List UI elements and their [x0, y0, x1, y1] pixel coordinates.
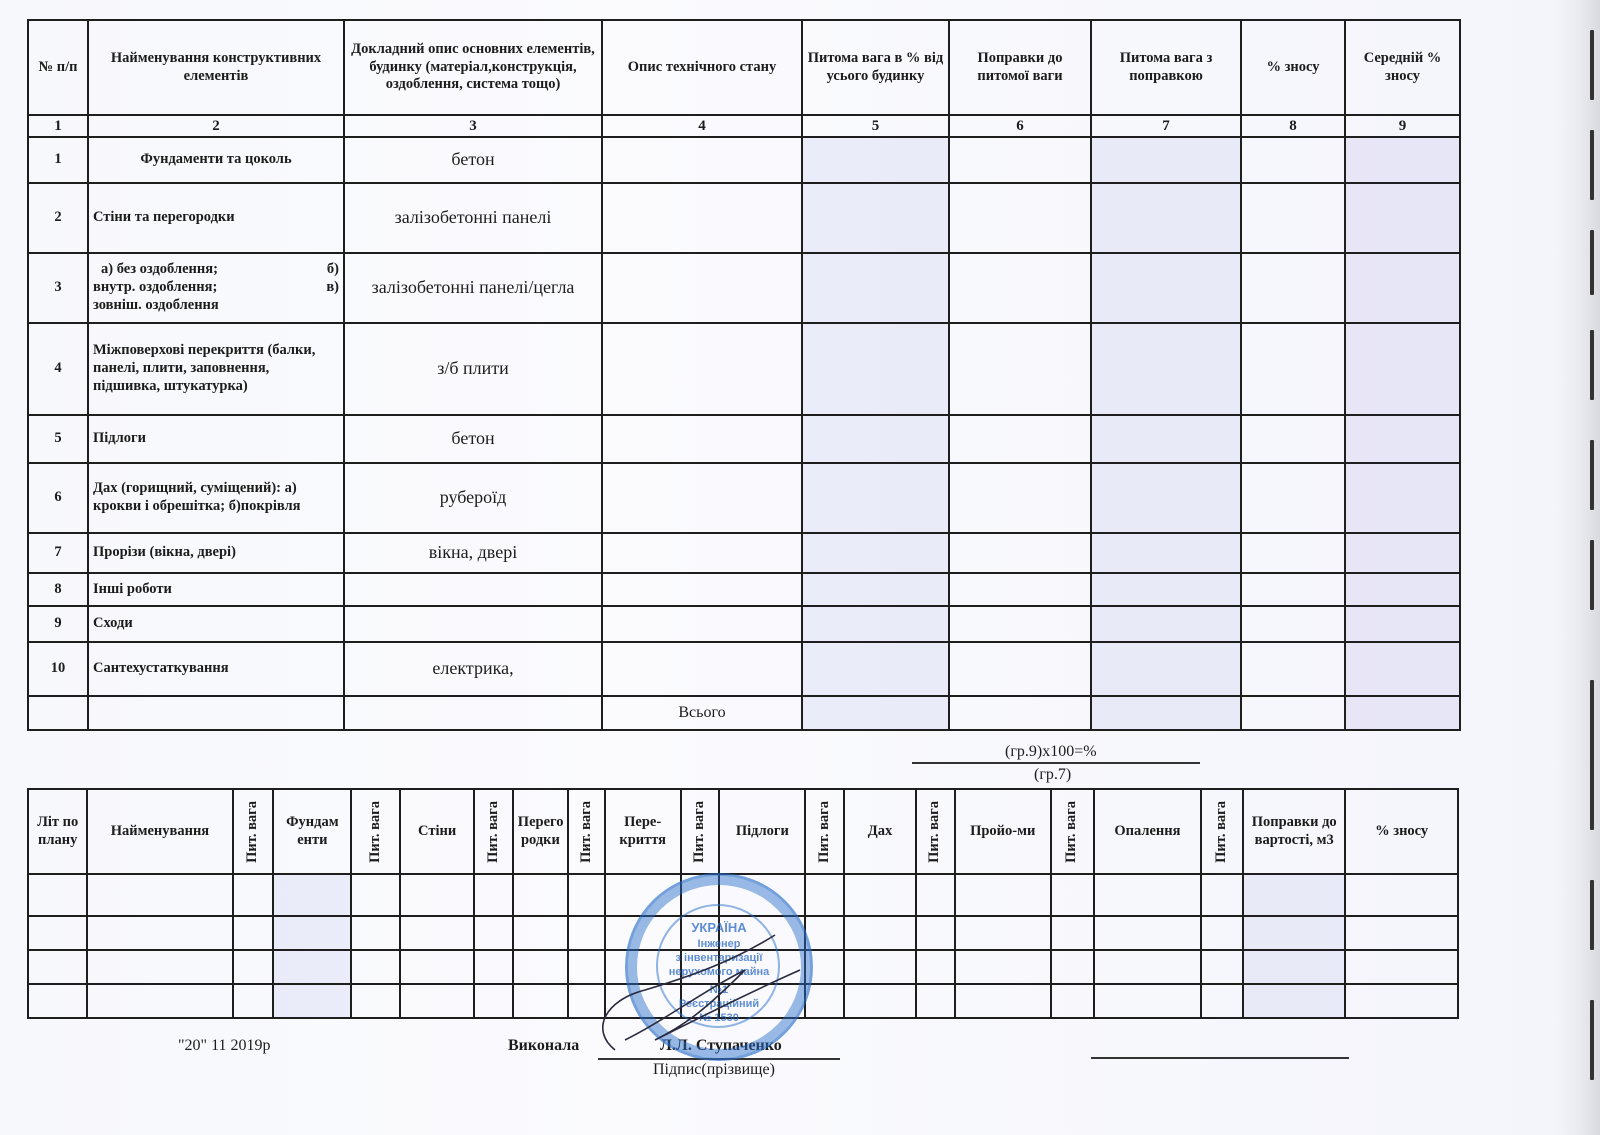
- col-header-7: Перего родки: [513, 789, 568, 874]
- avg-wear-pct-cell: [1345, 253, 1460, 323]
- weight-corrections-cell: [949, 642, 1091, 696]
- weight-pct-cell: [802, 253, 949, 323]
- wear-pct-cell: [1241, 533, 1345, 573]
- avg-wear-pct-cell: [1345, 183, 1460, 253]
- weight-with-correction-cell: [1091, 606, 1241, 642]
- col-number: 3: [344, 115, 602, 137]
- wear-header-row: Літ по плануНайменуванняПит. вагаФундам …: [28, 789, 1458, 874]
- wear-cell: [513, 950, 568, 984]
- col-header-13: Дах: [844, 789, 916, 874]
- element-description: залізобетонні панелі/цегла: [344, 253, 602, 323]
- element-row: 5Підлогибетон: [28, 415, 1460, 463]
- wear-cell: [955, 916, 1051, 950]
- document-date: "20" 11 2019р: [178, 1037, 270, 1055]
- wear-cell: [351, 950, 400, 984]
- executed-by-label: Виконала: [508, 1037, 579, 1055]
- col-header-specific-weight: Пит. вага: [474, 789, 513, 874]
- col-header-weight-with-correction: Питома вага з поправкою: [1091, 20, 1241, 115]
- element-row: 7Прорізи (вікна, двері)вікна, двері: [28, 533, 1460, 573]
- weight-corrections-cell: [949, 463, 1091, 533]
- weight-with-correction-cell: [1091, 137, 1241, 183]
- col-header-avg-wear-pct: Середній % зносу: [1345, 20, 1460, 115]
- element-row: 3а) без оздоблення;б)внутр. оздоблення;в…: [28, 253, 1460, 323]
- wear-pct-cell: [1241, 183, 1345, 253]
- weight-with-correction-cell: [1091, 415, 1241, 463]
- weight-corrections-cell: [949, 183, 1091, 253]
- col-number: 1: [28, 115, 88, 137]
- wear-cell: [28, 916, 87, 950]
- weight-corrections-cell: [949, 415, 1091, 463]
- col-header-condition: Опис технічного стану: [602, 20, 802, 115]
- wear-cell: [1345, 874, 1458, 916]
- wear-cell: [513, 874, 568, 916]
- avg-wear-pct-cell: [1345, 533, 1460, 573]
- wear-cell: [273, 950, 351, 984]
- wear-cell: [955, 984, 1051, 1018]
- element-row: 10Сантехустаткуванняелектрика,: [28, 642, 1460, 696]
- wear-cell: [400, 984, 474, 1018]
- col-header-0: Літ по плану: [28, 789, 87, 874]
- col-number: 4: [602, 115, 802, 137]
- wear-cell: [273, 984, 351, 1018]
- wear-cell: [1051, 984, 1094, 1018]
- signature-caption: Підпис(прізвище): [653, 1061, 775, 1079]
- col-number: 6: [949, 115, 1091, 137]
- row-number: 2: [28, 183, 88, 253]
- col-header-specific-weight: Пит. вага: [1201, 789, 1243, 874]
- technical-condition: [602, 137, 802, 183]
- element-name: Підлоги: [88, 415, 344, 463]
- col-header-specific-weight: Пит. вага: [351, 789, 400, 874]
- weight-pct-cell: [802, 137, 949, 183]
- col-header-1: Найменування: [87, 789, 232, 874]
- weight-with-correction-cell: [1091, 533, 1241, 573]
- wear-cell: [351, 874, 400, 916]
- technical-condition: [602, 606, 802, 642]
- col-header-15: Пройо-ми: [955, 789, 1051, 874]
- technical-condition: [602, 323, 802, 415]
- element-description: руберοїд: [344, 463, 602, 533]
- wear-cell: [87, 950, 232, 984]
- wear-cell: [1051, 916, 1094, 950]
- col-header-9: Пере-криття: [605, 789, 681, 874]
- wear-cell: [916, 984, 955, 1018]
- element-row: 6Дах (горищний, суміщений): а) крокви і …: [28, 463, 1460, 533]
- weight-with-correction-cell: [1091, 573, 1241, 606]
- wear-pct-cell: [1241, 415, 1345, 463]
- wear-cell: [474, 984, 513, 1018]
- row-number: 3: [28, 253, 88, 323]
- wear-cell: [87, 874, 232, 916]
- weight-with-correction-cell: [1091, 642, 1241, 696]
- wear-cell: [955, 874, 1051, 916]
- weight-pct-cell: [802, 606, 949, 642]
- wear-cell: [1201, 874, 1243, 916]
- col-header-specific-weight: Пит. вага: [233, 789, 274, 874]
- technical-condition: [602, 253, 802, 323]
- wear-cell: [400, 916, 474, 950]
- wear-cell: [1243, 916, 1345, 950]
- wear-cell: [400, 950, 474, 984]
- wear-cell: [1243, 950, 1345, 984]
- col-header-element-name: Найменування конструктивних елементів: [88, 20, 344, 115]
- weight-pct-cell: [802, 463, 949, 533]
- col-header-num: № п/п: [28, 20, 88, 115]
- element-description: залізобетонні панелі: [344, 183, 602, 253]
- element-row: 1Фундаменти та цокольбетон: [28, 137, 1460, 183]
- element-name: Сантехустаткування: [88, 642, 344, 696]
- weight-with-correction-cell: [1091, 253, 1241, 323]
- element-name: Міжповерхові перекриття (балки, панелі, …: [88, 323, 344, 415]
- col-header-11: Підлоги: [719, 789, 805, 874]
- wear-pct-cell: [1241, 606, 1345, 642]
- element-name: Стіни та перегородки: [88, 183, 344, 253]
- wear-cell: [351, 916, 400, 950]
- wear-cell: [513, 984, 568, 1018]
- row-number: 10: [28, 642, 88, 696]
- wear-cell: [916, 874, 955, 916]
- wear-cell: [1201, 950, 1243, 984]
- wear-cell: [844, 950, 916, 984]
- col-header-specific-weight: Пит. вага: [916, 789, 955, 874]
- total-weight-corr: [949, 696, 1091, 730]
- wear-cell: [1051, 874, 1094, 916]
- col-header-weight-corrections: Поправки до питомої ваги: [949, 20, 1091, 115]
- wear-cell: [28, 950, 87, 984]
- col-header-specific-weight: Пит. вага: [681, 789, 720, 874]
- weight-pct-cell: [802, 642, 949, 696]
- weight-corrections-cell: [949, 323, 1091, 415]
- handwritten-signature: [585, 930, 815, 1060]
- element-row: 9Сходи: [28, 606, 1460, 642]
- col-header-19: Поправки до вартості, м3: [1243, 789, 1345, 874]
- wear-cell: [1345, 950, 1458, 984]
- header-row: № п/п Найменування конструктивних елемен…: [28, 20, 1460, 115]
- wear-cell: [28, 874, 87, 916]
- technical-condition: [602, 415, 802, 463]
- technical-condition: [602, 573, 802, 606]
- col-number: 2: [88, 115, 344, 137]
- wear-pct-cell: [1241, 463, 1345, 533]
- avg-wear-pct-cell: [1345, 463, 1460, 533]
- col-header-description: Докладний опис основних елементів, будин…: [344, 20, 602, 115]
- wear-cell: [233, 984, 274, 1018]
- col-header-specific-weight: Пит. вага: [805, 789, 844, 874]
- weight-pct-cell: [802, 533, 949, 573]
- total-weight-pct: [802, 696, 949, 730]
- wear-cell: [87, 984, 232, 1018]
- col-header-20: % зносу: [1345, 789, 1458, 874]
- col-number: 7: [1091, 115, 1241, 137]
- element-description: бетон: [344, 415, 602, 463]
- wear-cell: [474, 874, 513, 916]
- element-name: Фундаменти та цоколь: [88, 137, 344, 183]
- wear-cell: [513, 916, 568, 950]
- wear-pct-cell: [1241, 137, 1345, 183]
- element-row: 8Інші роботи: [28, 573, 1460, 606]
- wear-cell: [1051, 950, 1094, 984]
- col-number: 9: [1345, 115, 1460, 137]
- weight-pct-cell: [802, 573, 949, 606]
- wear-cell: [1094, 984, 1201, 1018]
- weight-corrections-cell: [949, 137, 1091, 183]
- formula-denominator: (гр.7): [1034, 766, 1071, 784]
- element-name: Інші роботи: [88, 573, 344, 606]
- wear-cell: [1201, 916, 1243, 950]
- col-header-17: Опалення: [1094, 789, 1201, 874]
- col-header-5: Стіни: [400, 789, 474, 874]
- element-description: [344, 573, 602, 606]
- total-avg-wear: [1345, 696, 1460, 730]
- wear-cell: [400, 874, 474, 916]
- weight-with-correction-cell: [1091, 463, 1241, 533]
- weight-with-correction-cell: [1091, 323, 1241, 415]
- wear-cell: [1345, 984, 1458, 1018]
- wear-pct-cell: [1241, 253, 1345, 323]
- avg-wear-pct-cell: [1345, 606, 1460, 642]
- wear-cell: [1094, 950, 1201, 984]
- weight-corrections-cell: [949, 253, 1091, 323]
- wear-cell: [844, 984, 916, 1018]
- wear-cell: [233, 916, 274, 950]
- avg-wear-pct-cell: [1345, 323, 1460, 415]
- element-description: вікна, двері: [344, 533, 602, 573]
- element-description: бетон: [344, 137, 602, 183]
- weight-with-correction-cell: [1091, 183, 1241, 253]
- wear-cell: [1094, 916, 1201, 950]
- avg-wear-pct-cell: [1345, 642, 1460, 696]
- technical-condition: [602, 642, 802, 696]
- wear-cell: [273, 874, 351, 916]
- wear-cell: [1243, 984, 1345, 1018]
- wear-cell: [233, 950, 274, 984]
- wear-cell: [955, 950, 1051, 984]
- row-number: 7: [28, 533, 88, 573]
- weight-pct-cell: [802, 323, 949, 415]
- wear-cell: [87, 916, 232, 950]
- col-header-specific-weight: Пит. вага: [1051, 789, 1094, 874]
- row-number: 8: [28, 573, 88, 606]
- col-header-specific-weight: Пит. вага: [568, 789, 605, 874]
- weight-corrections-cell: [949, 533, 1091, 573]
- wear-cell: [1243, 874, 1345, 916]
- row-number: 9: [28, 606, 88, 642]
- wear-cell: [916, 950, 955, 984]
- structural-elements-table: № п/п Найменування конструктивних елемен…: [27, 19, 1461, 731]
- wear-cell: [844, 916, 916, 950]
- avg-wear-pct-cell: [1345, 137, 1460, 183]
- element-name: Дах (горищний, суміщений): а) крокви і о…: [88, 463, 344, 533]
- weight-pct-cell: [802, 415, 949, 463]
- element-name: а) без оздоблення;б)внутр. оздоблення;в)…: [88, 253, 344, 323]
- avg-wear-pct-cell: [1345, 415, 1460, 463]
- row-number: 1: [28, 137, 88, 183]
- row-number: 4: [28, 323, 88, 415]
- col-number: 5: [802, 115, 949, 137]
- technical-condition: [602, 533, 802, 573]
- technical-condition: [602, 463, 802, 533]
- element-name: Сходи: [88, 606, 344, 642]
- element-row: 4Міжповерхові перекриття (балки, панелі,…: [28, 323, 1460, 415]
- row-number: 5: [28, 415, 88, 463]
- column-numbers-row: 1 2 3 4 5 6 7 8 9: [28, 115, 1460, 137]
- element-description: з/б плити: [344, 323, 602, 415]
- blank-signature-line: [1091, 1057, 1349, 1059]
- col-header-wear-pct: % зносу: [1241, 20, 1345, 115]
- element-description: електрика,: [344, 642, 602, 696]
- wear-pct-cell: [1241, 642, 1345, 696]
- wear-cell: [1094, 874, 1201, 916]
- row-number: 6: [28, 463, 88, 533]
- weight-pct-cell: [802, 183, 949, 253]
- col-number: 8: [1241, 115, 1345, 137]
- formula-divider: [912, 762, 1200, 764]
- binder-edge: [1556, 0, 1600, 1135]
- weight-corrections-cell: [949, 573, 1091, 606]
- col-header-3: Фундам енти: [273, 789, 351, 874]
- wear-pct-cell: [1241, 573, 1345, 606]
- wear-pct-cell: [1241, 323, 1345, 415]
- wear-cell: [568, 874, 605, 916]
- element-name: Прорізи (вікна, двері): [88, 533, 344, 573]
- total-row: Всього: [28, 696, 1460, 730]
- col-header-weight-pct: Питома вага в % від усього будинку: [802, 20, 949, 115]
- wear-cell: [474, 950, 513, 984]
- wear-cell: [805, 874, 844, 916]
- total-wear-pct: [1241, 696, 1345, 730]
- total-weight-with-corr: [1091, 696, 1241, 730]
- avg-wear-pct-cell: [1345, 573, 1460, 606]
- wear-cell: [844, 874, 916, 916]
- wear-cell: [916, 916, 955, 950]
- wear-cell: [1345, 916, 1458, 950]
- formula-numerator: (гр.9)х100=%: [1005, 743, 1097, 761]
- wear-cell: [233, 874, 274, 916]
- wear-cell: [28, 984, 87, 1018]
- wear-cell: [273, 916, 351, 950]
- wear-cell: [1201, 984, 1243, 1018]
- total-label: Всього: [602, 696, 802, 730]
- element-row: 2Стіни та перегородкизалізобетонні панел…: [28, 183, 1460, 253]
- wear-cell: [351, 984, 400, 1018]
- element-description: [344, 606, 602, 642]
- technical-condition: [602, 183, 802, 253]
- weight-corrections-cell: [949, 606, 1091, 642]
- wear-cell: [474, 916, 513, 950]
